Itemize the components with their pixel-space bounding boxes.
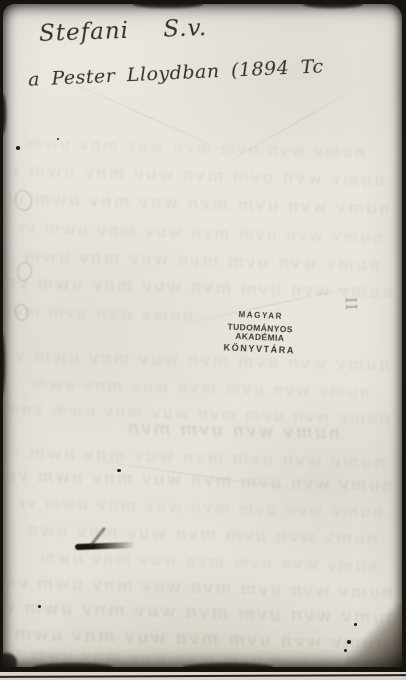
ink-smudge	[75, 542, 135, 550]
bleedthrough-row: numv wvn uvm mvn wuv mnv uwm vnm mu	[128, 417, 340, 444]
ink-speck	[38, 605, 41, 608]
bleedthrough-row: numv wvn uvm mvn wuv mnv uwm vnm muw nvu…	[8, 273, 393, 303]
bleedthrough-circle	[13, 188, 35, 213]
bleedthrough-row: numv wvn uvm mvn wuv mnv uwm vnm muw nvu…	[18, 493, 383, 522]
handwritten-annotation-line1: Stefani S.v.	[39, 15, 208, 47]
bleedthrough-row: numv wvn uvm mvn wuv mnv uwm vnm muw nvu…	[8, 466, 393, 496]
stamp-line1: MAGYAR	[205, 310, 317, 323]
bleedthrough-row: numv wvn uvm mvn wuv mnv uwm vnm muw nvu…	[25, 373, 370, 401]
bleedthrough-row: numv wvn uvm mvn wuv mnv uwm vnm muw nvu…	[8, 573, 393, 603]
handwritten-annotation-line2: a Pester Lloydban (1894 Tc	[28, 55, 324, 90]
bleedthrough-row: numv wvn uvm mvn wuv mnv uwm vnm muw nvu…	[8, 623, 388, 654]
ink-speck	[117, 469, 121, 472]
bleedthrough-row: numv wvn uvm mvn wuv mnv uwm vnm muw nvu…	[15, 443, 385, 473]
stamp-line3: KÖNYVTÁRA	[203, 343, 315, 357]
bleedthrough-row: numv wvn uvm mvn wuv mnv uwm vnm muw nvu…	[25, 246, 380, 275]
pencil-numeral-mark: II	[342, 297, 360, 311]
bleedthrough-row: numv wvn uvm mvn wuv mnv uwm vnm muw nvu…	[38, 548, 378, 576]
bleedthrough-row: numv wvn uvm mvn wuv mnv uwm vnm muw nvu…	[8, 189, 390, 219]
bleedthrough-row: numv wvn uvm mvn wuv mnv uwm vnm muw nvu…	[18, 218, 383, 247]
paper-crease	[64, 456, 322, 493]
scanned-page: numv wvn uvm mvn wuv mnv uwm vnm muw nvu…	[0, 0, 406, 680]
scan-edge-blob	[33, 663, 113, 667]
bleedthrough-row: numv wvn uvm mvn wuv mnv uwm vnm muw nvu…	[8, 597, 398, 628]
ink-speck	[16, 146, 20, 150]
bleedthrough-circle	[14, 303, 29, 322]
bleedthrough-circle	[15, 261, 33, 282]
bleedthrough-row: numv wvn uvm mvn wuv mnv uwm vnm muw nvu…	[15, 161, 385, 191]
paper-crease	[215, 79, 371, 170]
stamp-line2: TUDOMÁNYOS AKADÉMIA	[204, 322, 317, 344]
scan-edge-blob	[3, 334, 5, 394]
page-fold-shadow	[344, 603, 402, 667]
scan-edge-blob	[303, 4, 363, 8]
scan-edge-blob	[133, 4, 203, 8]
bleedthrough-row: numv wvn uvm mvn wuv mnv uwm v	[8, 302, 193, 326]
library-stamp: MAGYAR TUDOMÁNYOS AKADÉMIA KÖNYVTÁRA	[203, 310, 317, 357]
bleedthrough-row: numv wvn uvm mvn wuv mnv uwm vnm muw nvu…	[10, 399, 390, 428]
scan-edge-blob	[3, 94, 6, 134]
scan-corner-blob	[3, 653, 17, 667]
paper-sheet: numv wvn uvm mvn wuv mnv uwm vnm muw nvu…	[3, 4, 402, 667]
scan-edge-blob	[183, 663, 273, 667]
ink-speck	[57, 138, 59, 140]
